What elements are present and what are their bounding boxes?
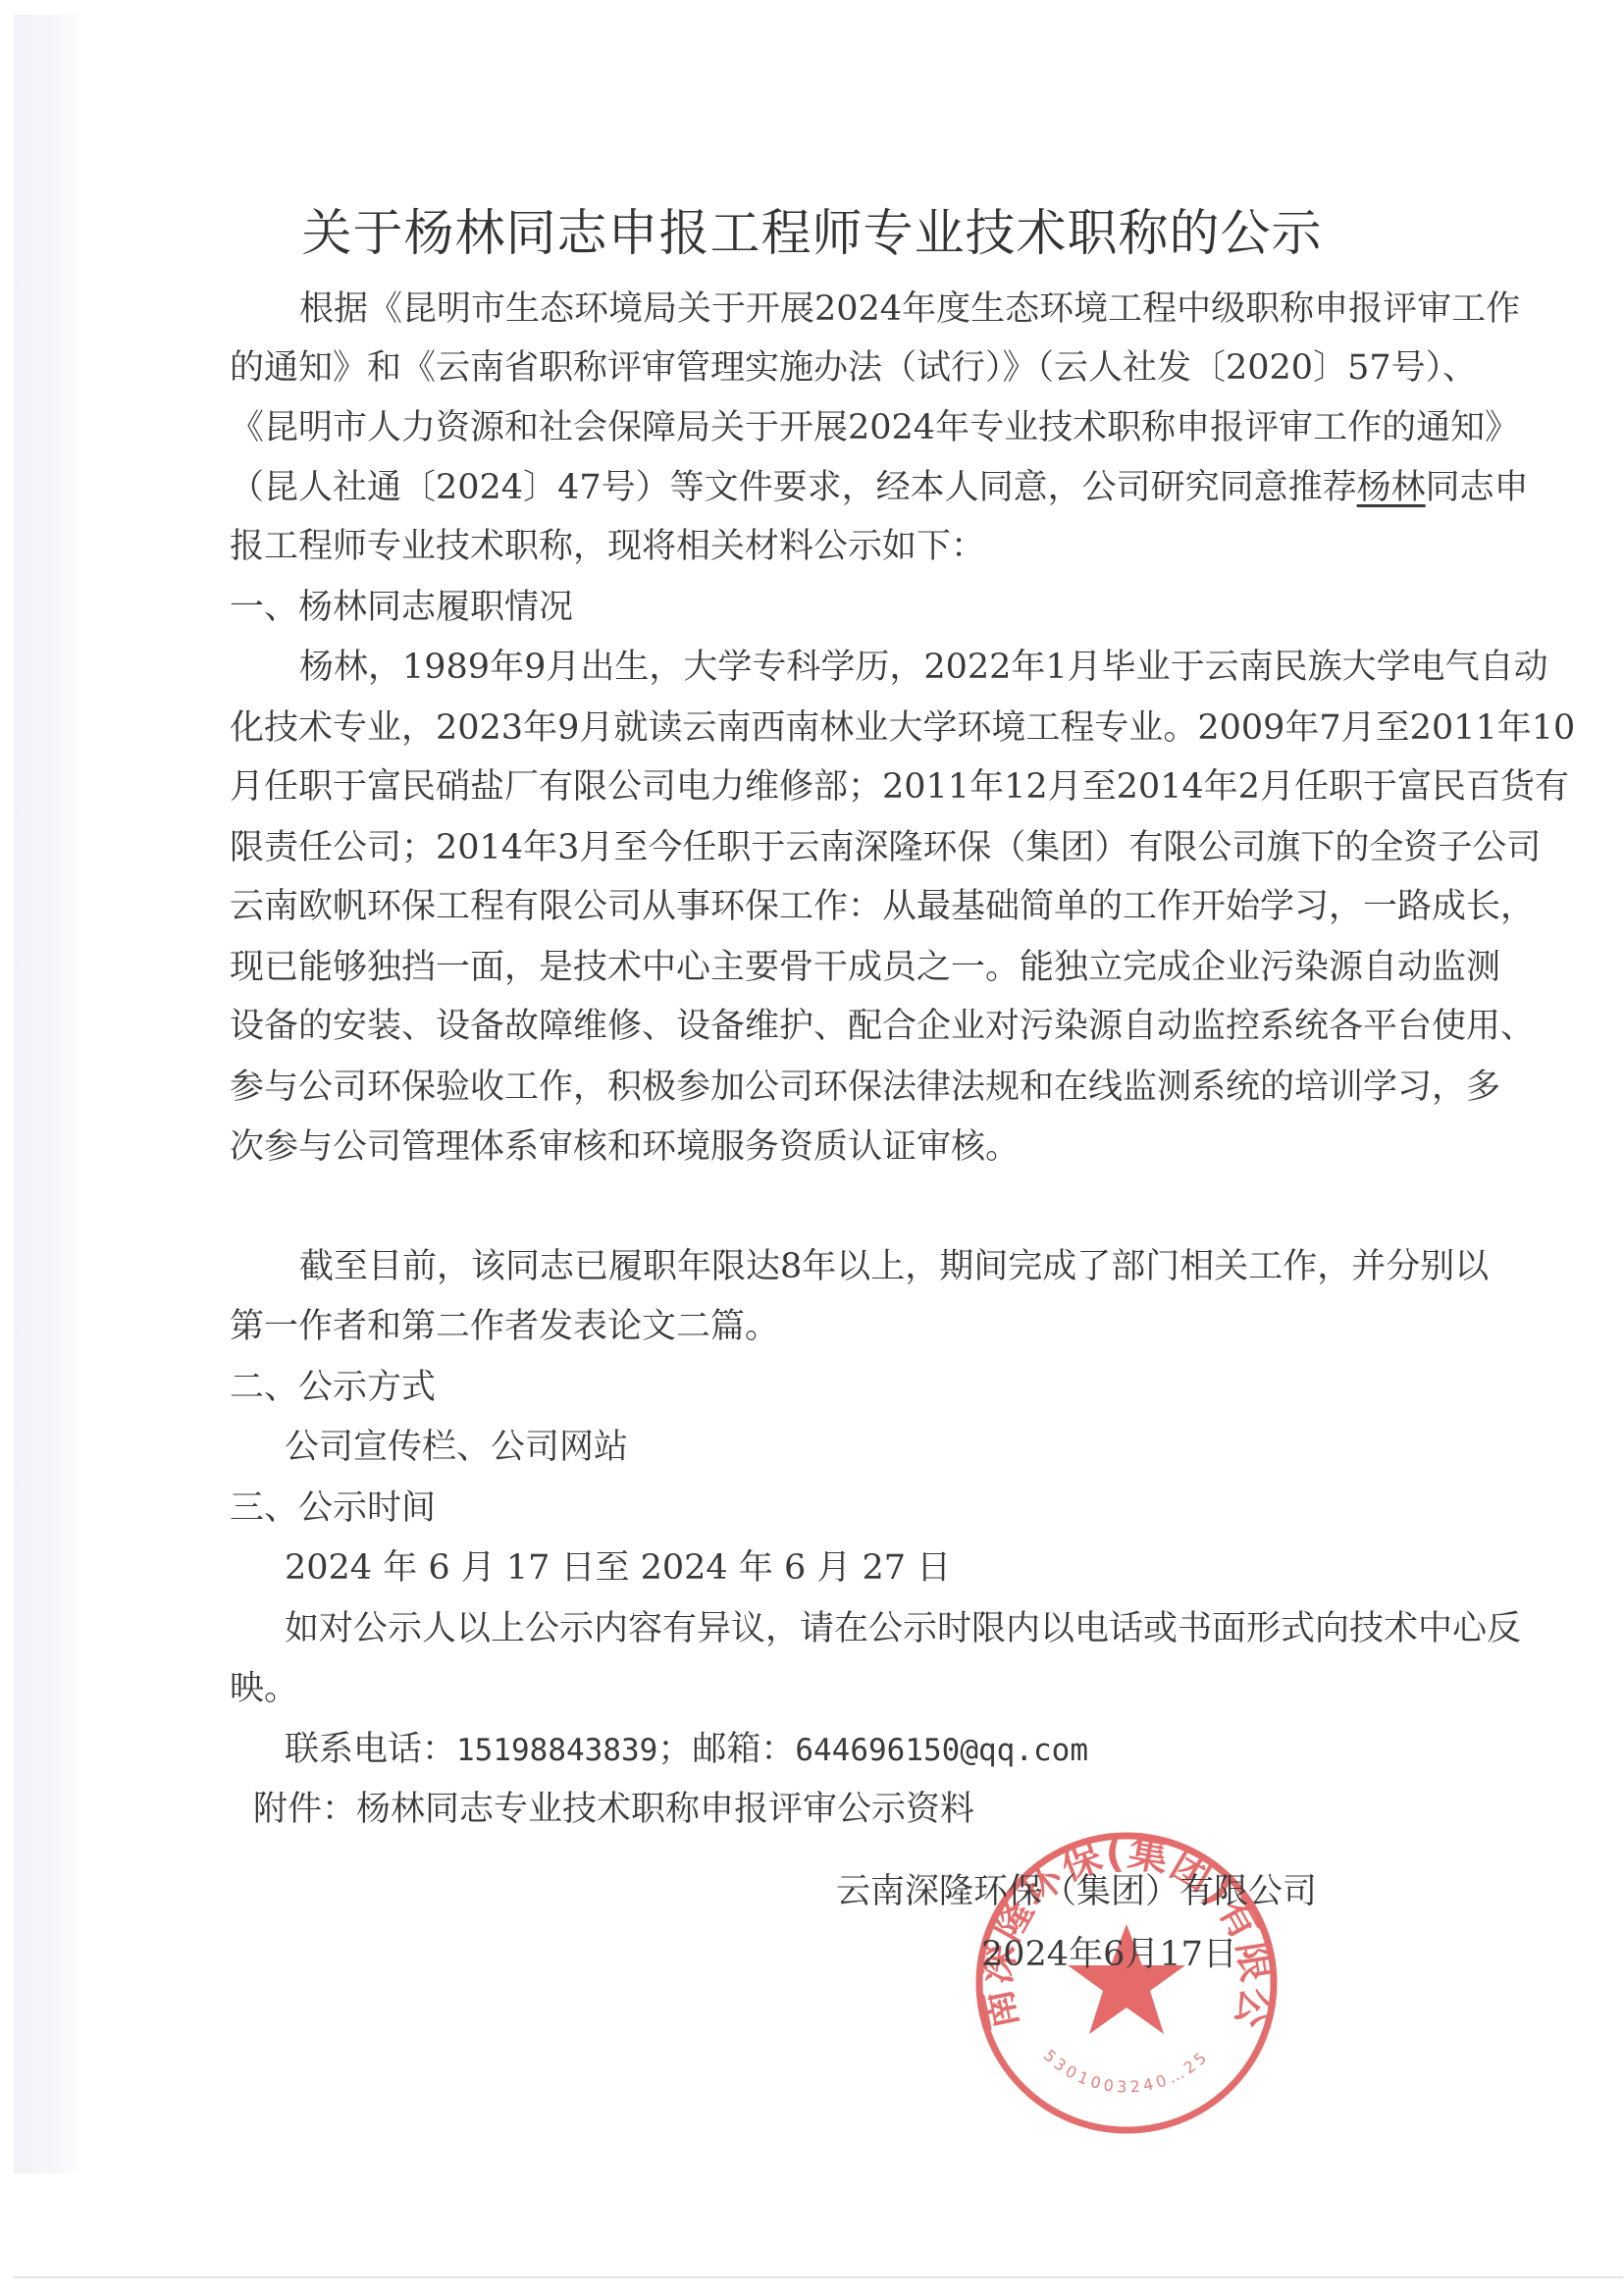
signature-date: 2024年6月17日 (981, 1927, 1237, 1976)
intro-line-tail: 同志申 (1426, 468, 1529, 507)
document-title: 关于杨林同志申报工程师专业技术职称的公示 (0, 192, 1624, 265)
bio-line: 现已能够独挡一面，是技术中心主要骨干成员之一。能独立完成企业污染源自动监测 (230, 946, 1429, 989)
bio-line: 化技术专业，2023年9月就读云南西南林业大学环境工程专业。2009年7月至20… (230, 706, 1429, 750)
attachment-text: 杨林同志专业技术职称申报评审公示资料 (356, 1790, 974, 1829)
phone-label: 联系电话： (285, 1730, 456, 1769)
signature-company: 云南深隆环保（集团）有限公司 (836, 1864, 1317, 1913)
bio-line: 限责任公司；2014年3月至今任职于云南深隆环保（集团）有限公司旗下的全资子公司 (230, 826, 1429, 869)
objection-line: 映。 (230, 1667, 1429, 1710)
summary-line: 截至目前，该同志已履职年限达8年以上，期间完成了部门相关工作，并分别以 (299, 1245, 1429, 1288)
intro-line-text: （昆人社通〔2024〕47号）等文件要求，经本人同意，公司研究同意推荐 (230, 468, 1357, 507)
svg-text:5301003240…25: 5301003240…25 (1040, 2046, 1213, 2096)
seal-code: 5301003240…25 (1040, 2046, 1213, 2096)
objection-line: 如对公示人以上公示内容有异议，请在公示时限内以电话或书面形式向技术中心反 (285, 1607, 1429, 1650)
intro-line: 报工程师专业技术职称，现将相关材料公示如下： (230, 525, 1429, 568)
bio-line: 参与公司环保验收工作，积极参加公司环保法律法规和在线监测系统的培训学习，多 (230, 1066, 1429, 1109)
section-heading-2: 二、公示方式 (230, 1366, 1429, 1409)
bio-line: 云南欧帆环保工程有限公司从事环保工作：从最基础简单的工作开始学习，一路成长， (230, 885, 1429, 928)
bio-line: 杨林，1989年9月出生，大学专科学历，2022年1月毕业于云南民族大学电气自动 (299, 646, 1429, 689)
attachment-label: 附件： (253, 1790, 356, 1829)
email-label: 邮箱： (692, 1730, 795, 1769)
intro-line: （昆人社通〔2024〕47号）等文件要求，经本人同意，公司研究同意推荐杨林同志申 (230, 466, 1429, 509)
summary-line: 第一作者和第二作者发表论文二篇。 (230, 1305, 1429, 1348)
contact-line: 联系电话：15198843839；邮箱：644696150@qq.com (285, 1728, 1429, 1772)
bio-line: 次参与公司管理体系审核和环境服务资质认证审核。 (230, 1125, 1429, 1169)
scan-shadow-strip (14, 15, 79, 2173)
scan-bottom-edge (14, 2276, 1623, 2278)
contact-separator: ； (657, 1730, 692, 1769)
publicity-method: 公司宣传栏、公司网站 (285, 1426, 1429, 1469)
publicity-period: 2024 年 6 月 17 日至 2024 年 6 月 27 日 (285, 1546, 1429, 1590)
intro-line: 的通知》和《云南省职称评审管理实施办法（试行）》（云人社发〔2020〕57号）、 (230, 346, 1429, 390)
email-address: 644696150@qq.com (795, 1733, 1088, 1768)
bio-line: 月任职于富民硝盐厂有限公司电力维修部；2011年12月至2014年2月任职于富民… (230, 765, 1429, 809)
attachment-line: 附件：杨林同志专业技术职称申报评审公示资料 (253, 1788, 1452, 1831)
intro-line: 《昆明市人力资源和社会保障局关于开展2024年专业技术职称申报评审工作的通知》 (230, 406, 1429, 449)
section-heading-3: 三、公示时间 (230, 1487, 1429, 1530)
section-heading-1: 一、杨林同志履职情况 (230, 586, 1429, 629)
intro-line: 根据《昆明市生态环境局关于开展2024年度生态环境工程中级职称申报评审工作 (299, 287, 1429, 331)
phone-number: 15198843839 (456, 1733, 657, 1768)
candidate-name-underlined: 杨林 (1357, 468, 1426, 507)
bio-line: 设备的安装、设备故障维修、设备维护、配合企业对污染源自动监控系统各平台使用、 (230, 1005, 1429, 1048)
